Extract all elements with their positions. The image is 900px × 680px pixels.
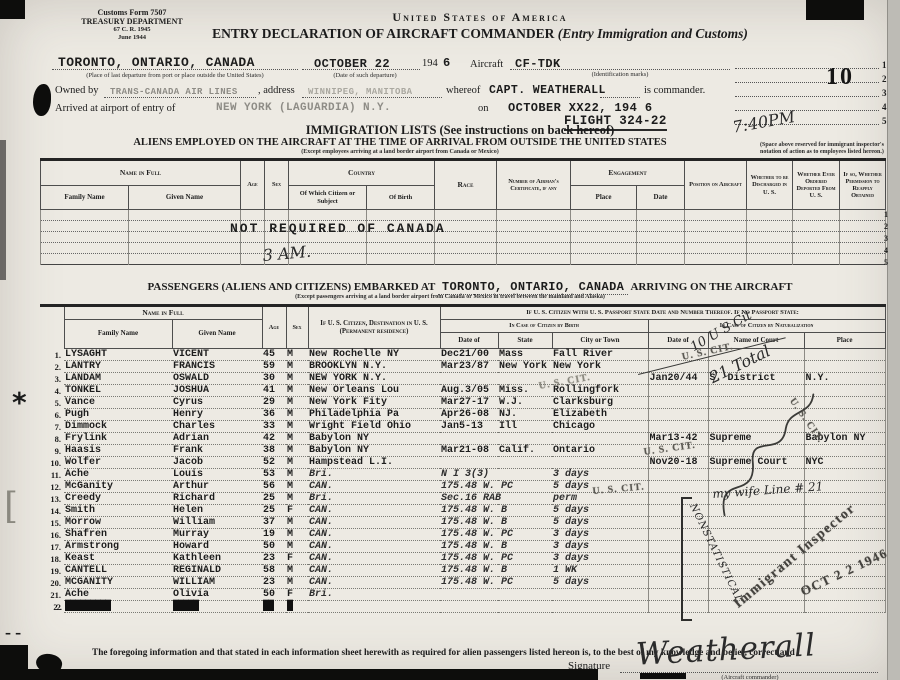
passenger-birth-city: 3 days [552, 529, 648, 541]
commander-value: CAPT. WEATHERALL [489, 84, 606, 97]
passenger-destination: New York Fity [308, 397, 440, 409]
passenger-birth-state: Miss. [498, 385, 552, 397]
passenger-destination: CAN. [308, 481, 440, 493]
passenger-age: 23 [262, 553, 286, 565]
passenger-sex: M [286, 541, 308, 553]
passenger-birth-date: 175.48 W. PC [440, 481, 498, 493]
passenger-birth-date: Aug.3/05 [440, 385, 498, 397]
passenger-age: 25 [262, 493, 286, 505]
passenger-row: 5. Vance Cyrus 29 M New York Fity Mar27-… [40, 397, 885, 409]
passenger-birth-date: Mar27-17 [440, 397, 498, 409]
crew-col-position: Position on Aircraft [685, 160, 747, 210]
form-title: ENTRY DECLARATION OF AIRCRAFT COMMANDER … [60, 26, 900, 42]
pax-col-rownum [40, 306, 64, 349]
passenger-nat-place [804, 601, 885, 613]
passenger-sex: M [286, 433, 308, 445]
passenger-birth-state [498, 433, 552, 445]
scan-blot-top-right [806, 0, 864, 20]
passenger-age: 41 [262, 385, 286, 397]
passenger-birth-date [440, 433, 498, 445]
passenger-number: 11. [40, 469, 64, 481]
passenger-age: 25 [262, 505, 286, 517]
passenger-family-name: LANDAM [64, 373, 172, 385]
crew-col-place: Place [571, 186, 637, 210]
passenger-given-name: WILLIAM [172, 577, 262, 589]
passenger-nat-court [708, 565, 804, 577]
passenger-family-name: CANTELL [64, 565, 172, 577]
pax-col-nat-place: Place [804, 333, 885, 349]
passenger-destination: Babylon NY [308, 433, 440, 445]
passenger-number: 1. [40, 349, 64, 361]
passenger-age: 53 [262, 469, 286, 481]
passengers-embarked-place: TORONTO, ONTARIO, CANADA [438, 280, 628, 295]
passenger-nat-date [648, 349, 708, 361]
header-line-number: 4 [882, 102, 887, 112]
owned-value: TRANS-CANADA AIR LINES [110, 87, 238, 97]
aircraft-label: Aircraft [470, 59, 503, 70]
aliens-employed-caption: (Except employees arriving at a land bor… [150, 149, 650, 156]
crew-table: Name in Full Age Sex Country Race Number… [40, 158, 886, 265]
passenger-given-name: Adrian [172, 433, 262, 445]
leader-line-3 [735, 96, 879, 97]
passenger-nat-date [648, 541, 708, 553]
passenger-sex: M [286, 457, 308, 469]
passenger-nat-court [708, 577, 804, 589]
passenger-number: 3. [40, 373, 64, 385]
passenger-given-name: Arthur [172, 481, 262, 493]
passenger-birth-city: 5 days [552, 505, 648, 517]
passenger-number: 2. [40, 361, 64, 373]
arrival-date-value: OCTOBER XX22, 194 6 [508, 101, 652, 115]
passenger-number: 5. [40, 397, 64, 409]
pax-col-given-name: Given Name [172, 320, 262, 349]
passenger-family-name: TONKEL [64, 385, 172, 397]
passenger-number: 20. [40, 577, 64, 589]
passenger-sex: F [286, 553, 308, 565]
passengers-heading: PASSENGERS (ALIENS AND CITIZENS) EMBARKE… [110, 280, 830, 294]
passenger-nat-date: Mar13-42 [648, 433, 708, 445]
passenger-family-name: Smith [64, 505, 172, 517]
crew-col-date: Date [637, 186, 685, 210]
margin-bracket: [ [4, 486, 18, 527]
passenger-nat-place [804, 505, 885, 517]
passenger-nat-date [648, 421, 708, 433]
crew-col-reapply: If so, Whether Permission to Reapply Obt… [840, 160, 886, 210]
aircraft-line [510, 69, 730, 70]
departure-place-value: TORONTO, ONTARIO, CANADA [58, 55, 255, 70]
pax-col-nat-court: Name of Court [708, 333, 804, 349]
crew-table-body [41, 210, 886, 265]
passenger-birth-state: New York [498, 361, 552, 373]
country-title: United States of America [60, 10, 900, 25]
passenger-birth-date [440, 601, 498, 613]
passenger-number: 17. [40, 541, 64, 553]
pax-col-age: Age [262, 306, 286, 349]
passenger-age: 42 [262, 433, 286, 445]
passenger-given-name: Frank [172, 445, 262, 457]
on-label: on [478, 103, 489, 114]
owned-label: Owned by [55, 85, 98, 96]
passenger-row: 1. LYSAGHT VICENT 45 M New Rochelle NY D… [40, 349, 885, 361]
passenger-birth-city [552, 589, 648, 601]
passenger-given-name: Jacob [172, 457, 262, 469]
passenger-nat-date: Jan20/44 [648, 373, 708, 385]
passenger-birth-date: Jan5-13 [440, 421, 498, 433]
passenger-nat-court [708, 589, 804, 601]
passenger-number: 19. [40, 565, 64, 577]
passenger-sex: M [286, 421, 308, 433]
passenger-nat-date [648, 601, 708, 613]
passenger-nat-court [708, 553, 804, 565]
passenger-nat-date [648, 385, 708, 397]
passenger-age: 30 [262, 373, 286, 385]
passenger-nat-place [804, 469, 885, 481]
scan-corner-blot-top-left [0, 0, 25, 19]
passenger-sex: M [286, 481, 308, 493]
ink-blot-left [33, 84, 51, 116]
pax-col-family-name: Family Name [64, 320, 172, 349]
crew-col-engagement: Engagement [571, 160, 685, 186]
address-value: WINNIPEG, MANITOBA [308, 87, 412, 97]
passenger-destination: BROOKLYN N.Y. [308, 361, 440, 373]
passenger-birth-date: 175.48 W. PC [440, 577, 498, 589]
crew-empty-row [41, 210, 886, 221]
passenger-sex: F [286, 505, 308, 517]
owned-line [104, 97, 256, 98]
passenger-given-name: Charles [172, 421, 262, 433]
passengers-heading-caption: (Except passengers arriving at a land bo… [140, 294, 760, 301]
address-line [302, 97, 442, 98]
pax-col-birth-date: Date of [440, 333, 498, 349]
passenger-destination: CAN. [308, 529, 440, 541]
passenger-nat-date [648, 493, 708, 505]
passenger-birth-date: 175.48 W. PC [440, 553, 498, 565]
passenger-nat-place [804, 517, 885, 529]
passenger-nat-place [804, 529, 885, 541]
passenger-row: 20. MCGANITY WILLIAM 23 M CAN. 175.48 W.… [40, 577, 885, 589]
passenger-family-name: Frylink [64, 433, 172, 445]
header-line-number: 3 [882, 88, 887, 98]
passenger-age: 58 [262, 565, 286, 577]
passenger-sex: M [286, 361, 308, 373]
passenger-number: 9. [40, 445, 64, 457]
pax-col-sex: Sex [286, 306, 308, 349]
passenger-age: 19 [262, 529, 286, 541]
passenger-nat-date [648, 577, 708, 589]
passenger-row: 19. CANTELL REGINALD 58 M CAN. 175.48 W.… [40, 565, 885, 577]
passenger-birth-city: perm [552, 493, 648, 505]
passenger-given-name: Henry [172, 409, 262, 421]
passenger-birth-state [498, 493, 552, 505]
passenger-birth-date: 175.48 W. PC [440, 529, 498, 541]
passenger-birth-date: Sec.16 RAB [440, 493, 498, 505]
passenger-nat-date [648, 397, 708, 409]
passenger-birth-date: 175.48 W. B [440, 517, 498, 529]
passenger-family-name: LANTRY [64, 361, 172, 373]
passenger-row: 22. █████████ █████ ██ █ [40, 601, 885, 613]
passenger-family-name: Wolfer [64, 457, 172, 469]
passenger-sex: M [286, 445, 308, 457]
passenger-family-name: MCGANITY [64, 577, 172, 589]
passenger-sex: M [286, 409, 308, 421]
pax-col-destination: If U. S. Citizen, Destination in U. S. (… [308, 306, 440, 349]
passenger-nat-date [648, 589, 708, 601]
passenger-given-name: Louis [172, 469, 262, 481]
passenger-birth-date: N I 3(3) [440, 469, 498, 481]
passenger-nat-place [804, 553, 885, 565]
passenger-destination: CAN. [308, 541, 440, 553]
scan-edge-smudge [0, 140, 6, 280]
crew-empty-row [41, 232, 886, 243]
passenger-nat-date [648, 529, 708, 541]
scan-bar-bottom-2 [640, 673, 686, 679]
crew-col-race: Race [435, 160, 497, 210]
passenger-birth-city: Clarksburg [552, 397, 648, 409]
passenger-row: 4. TONKEL JOSHUA 41 M New Orleans Lou Au… [40, 385, 885, 397]
passenger-family-name: Keast [64, 553, 172, 565]
pax-col-birth-city: City or Town [552, 333, 648, 349]
passenger-given-name: █████ [172, 601, 262, 613]
passenger-given-name: Kathleen [172, 553, 262, 565]
passenger-row: 18. Keast Kathleen 23 F CAN. 175.48 W. P… [40, 553, 885, 565]
aliens-employed-heading: ALIENS EMPLOYED ON THE AIRCRAFT AT THE T… [30, 137, 770, 148]
passenger-number: 6. [40, 409, 64, 421]
passenger-destination: CAN. [308, 505, 440, 517]
passenger-nat-place [804, 589, 885, 601]
arrived-value: NEW YORK (LAGUARDIA) N.Y. [216, 102, 391, 114]
passenger-given-name: VICENT [172, 349, 262, 361]
address-label: , address [258, 85, 295, 96]
passenger-family-name: LYSAGHT [64, 349, 172, 361]
passenger-given-name: Helen [172, 505, 262, 517]
passenger-destination: CAN. [308, 553, 440, 565]
passenger-sex: M [286, 397, 308, 409]
signature-caption: (Aircraft commander) [690, 674, 810, 680]
passenger-birth-date: 175.48 W. B [440, 505, 498, 517]
passenger-nat-date [648, 409, 708, 421]
inspector-space-caption: (Space above reserved for immigrant insp… [760, 142, 888, 155]
passenger-sex: M [286, 469, 308, 481]
passenger-destination: CAN. [308, 565, 440, 577]
passenger-nat-place [804, 361, 885, 373]
scanned-entry-declaration-form: Customs Form 7507 TREASURY DEPARTMENT 67… [0, 0, 900, 680]
crew-col-citizen: Of Which Citizen or Subject [289, 186, 367, 210]
whereof-label: whereof [446, 85, 480, 96]
crew-col-sex: Sex [265, 160, 289, 210]
form-title-main: ENTRY DECLARATION OF AIRCRAFT COMMANDER [212, 26, 554, 41]
crew-empty-row [41, 221, 886, 232]
pax-group-citizen-by-naturalization: In Case of Citizen by Naturalization [648, 320, 885, 333]
pax-passport-note: If U. S. Citizen With U. S. Passport Sta… [440, 306, 885, 320]
passenger-number: 15. [40, 517, 64, 529]
passenger-sex: M [286, 349, 308, 361]
passenger-family-name: Morrow [64, 517, 172, 529]
passenger-sex: M [286, 565, 308, 577]
header-line-number: 1 [882, 60, 887, 70]
passenger-number: 12. [40, 481, 64, 493]
passengers-heading-suffix: ARRIVING ON THE AIRCRAFT [630, 281, 792, 293]
passenger-birth-date: Mar23/87 [440, 361, 498, 373]
passenger-birth-date: Apr26-08 [440, 409, 498, 421]
passenger-sex: M [286, 517, 308, 529]
passenger-nat-court [708, 529, 804, 541]
pax-col-birth-state: State [498, 333, 552, 349]
passenger-number: 14. [40, 505, 64, 517]
passenger-nat-date [648, 517, 708, 529]
passenger-birth-date [440, 589, 498, 601]
passenger-birth-city: 3 days [552, 541, 648, 553]
passenger-nat-place [804, 565, 885, 577]
crew-table-header: Name in Full Age Sex Country Race Number… [41, 160, 886, 210]
passenger-age: 56 [262, 481, 286, 493]
passenger-row: 3. LANDAM OSWALD 30 M NEW YORK N.Y. Jan2… [40, 373, 885, 385]
passenger-sex: M [286, 493, 308, 505]
passenger-row: 2. LANTRY FRANCIS 59 M BROOKLYN N.Y. Mar… [40, 361, 885, 373]
passenger-sex: M [286, 529, 308, 541]
passenger-nat-court [708, 385, 804, 397]
passenger-age: 33 [262, 421, 286, 433]
passengers-heading-prefix: PASSENGERS (ALIENS AND CITIZENS) EMBARKE… [147, 281, 435, 293]
arrived-label: Arrived at airport of entry of [55, 103, 175, 114]
passenger-sex: M [286, 373, 308, 385]
margin-star: * [12, 386, 27, 419]
passenger-nat-court [708, 541, 804, 553]
leader-line-1 [735, 68, 879, 69]
crew-col-given-name: Given Name [129, 186, 241, 210]
passenger-family-name: Creedy [64, 493, 172, 505]
passenger-number: 8. [40, 433, 64, 445]
passenger-birth-state: Calif. [498, 445, 552, 457]
passenger-destination [308, 601, 440, 613]
passenger-given-name: FRANCIS [172, 361, 262, 373]
passenger-birth-city: Rollingfork [552, 385, 648, 397]
immigration-lists-heading: IMMIGRATION LISTS (See instructions on b… [60, 123, 860, 138]
passenger-given-name: OSWALD [172, 373, 262, 385]
passenger-sex: █ [286, 601, 308, 613]
passenger-birth-state [498, 469, 552, 481]
passenger-row: 15. Morrow William 37 M CAN. 175.48 W. B… [40, 517, 885, 529]
passenger-birth-date: 175.48 W. B [440, 565, 498, 577]
passenger-birth-city: 1 WK [552, 565, 648, 577]
passenger-nat-court [708, 361, 804, 373]
passenger-nat-place [804, 541, 885, 553]
passenger-nat-date [648, 361, 708, 373]
passenger-destination: Babylon NY [308, 445, 440, 457]
passenger-age: 50 [262, 589, 286, 601]
passenger-number: 7. [40, 421, 64, 433]
passenger-number: 4. [40, 385, 64, 397]
passenger-birth-state: NJ. [498, 409, 552, 421]
leader-line-4 [735, 110, 879, 111]
passenger-destination: Philadelphia Pa [308, 409, 440, 421]
passenger-family-name: Haasis [64, 445, 172, 457]
passenger-row: 6. Pugh Henry 36 M Philadelphia Pa Apr26… [40, 409, 885, 421]
passenger-row: 14. Smith Helen 25 F CAN. 175.48 W. B 5 … [40, 505, 885, 517]
passenger-nat-place [804, 349, 885, 361]
aircraft-caption: (Identification marks) [540, 71, 700, 78]
passenger-destination: CAN. [308, 577, 440, 589]
passenger-family-name: Armstrong [64, 541, 172, 553]
crew-col-airman-certificate: Number of Airman's Certificate, if any [497, 160, 571, 210]
passenger-row: 16. Shafren Murray 19 M CAN. 175.48 W. P… [40, 529, 885, 541]
passenger-number: 16. [40, 529, 64, 541]
scan-bar-bottom [0, 669, 598, 680]
margin-dashes: – – [5, 626, 21, 640]
passenger-age: 52 [262, 457, 286, 469]
passenger-birth-state [498, 457, 552, 469]
passenger-birth-date: Mar21-08 [440, 445, 498, 457]
passenger-destination: Bri. [308, 493, 440, 505]
passenger-destination: Bri. [308, 469, 440, 481]
passenger-birth-city [552, 373, 648, 385]
passenger-birth-state: Ill [498, 421, 552, 433]
passenger-destination: Hampstead L.I. [308, 457, 440, 469]
passenger-nat-place [804, 577, 885, 589]
passenger-age: 36 [262, 409, 286, 421]
passenger-birth-date [440, 373, 498, 385]
passenger-given-name: Cyrus [172, 397, 262, 409]
passenger-family-name: Pugh [64, 409, 172, 421]
scan-edge-right [887, 0, 900, 680]
passenger-family-name: McGanity [64, 481, 172, 493]
passenger-family-name: Shafren [64, 529, 172, 541]
crew-col-name-in-full: Name in Full [41, 160, 241, 186]
crew-col-birth: Of Birth [367, 186, 435, 210]
passenger-family-name: Ache [64, 589, 172, 601]
passenger-age: 45 [262, 349, 286, 361]
passenger-family-name: █████████ [64, 601, 172, 613]
passenger-given-name: Murray [172, 529, 262, 541]
passenger-birth-city: 3 days [552, 553, 648, 565]
crew-col-country: Country [289, 160, 435, 186]
crew-col-deported: Whether Ever Ordered Deported From U. S. [793, 160, 840, 210]
year-typed: 6 [443, 56, 451, 70]
passenger-nat-court [708, 601, 804, 613]
passenger-age: 50 [262, 541, 286, 553]
departure-place-line [52, 69, 298, 70]
passenger-given-name: Howard [172, 541, 262, 553]
passenger-birth-city [552, 433, 648, 445]
pax-col-nat-date: Date of [648, 333, 708, 349]
passenger-nat-date [648, 565, 708, 577]
passenger-birth-city [552, 601, 648, 613]
passenger-age: ██ [262, 601, 286, 613]
passenger-destination: New Orleans Lou [308, 385, 440, 397]
passenger-birth-city: 5 days [552, 517, 648, 529]
passenger-sex: M [286, 385, 308, 397]
crew-col-discharged: Whether to be Discharged in U. S. [747, 160, 793, 210]
passenger-birth-city: Chicago [552, 421, 648, 433]
passenger-family-name: Vance [64, 397, 172, 409]
passenger-birth-city: 5 days [552, 577, 648, 589]
passenger-birth-date: Dec21/00 [440, 349, 498, 361]
crew-empty-row [41, 254, 886, 265]
passenger-number: 10. [40, 457, 64, 469]
passenger-number: 18. [40, 553, 64, 565]
passenger-age: 59 [262, 361, 286, 373]
passenger-destination: CAN. [308, 517, 440, 529]
passenger-given-name: Olivia [172, 589, 262, 601]
passenger-row: 21. Ache Olivia 50 F Bri. [40, 589, 885, 601]
commander-line [600, 97, 640, 98]
passenger-given-name: REGINALD [172, 565, 262, 577]
passenger-birth-state: Mass [498, 349, 552, 361]
passenger-birth-state [498, 373, 552, 385]
commander-signature: Weatherall [635, 627, 817, 672]
crew-empty-row [41, 243, 886, 254]
passenger-age: 23 [262, 577, 286, 589]
passenger-birth-date [440, 457, 498, 469]
